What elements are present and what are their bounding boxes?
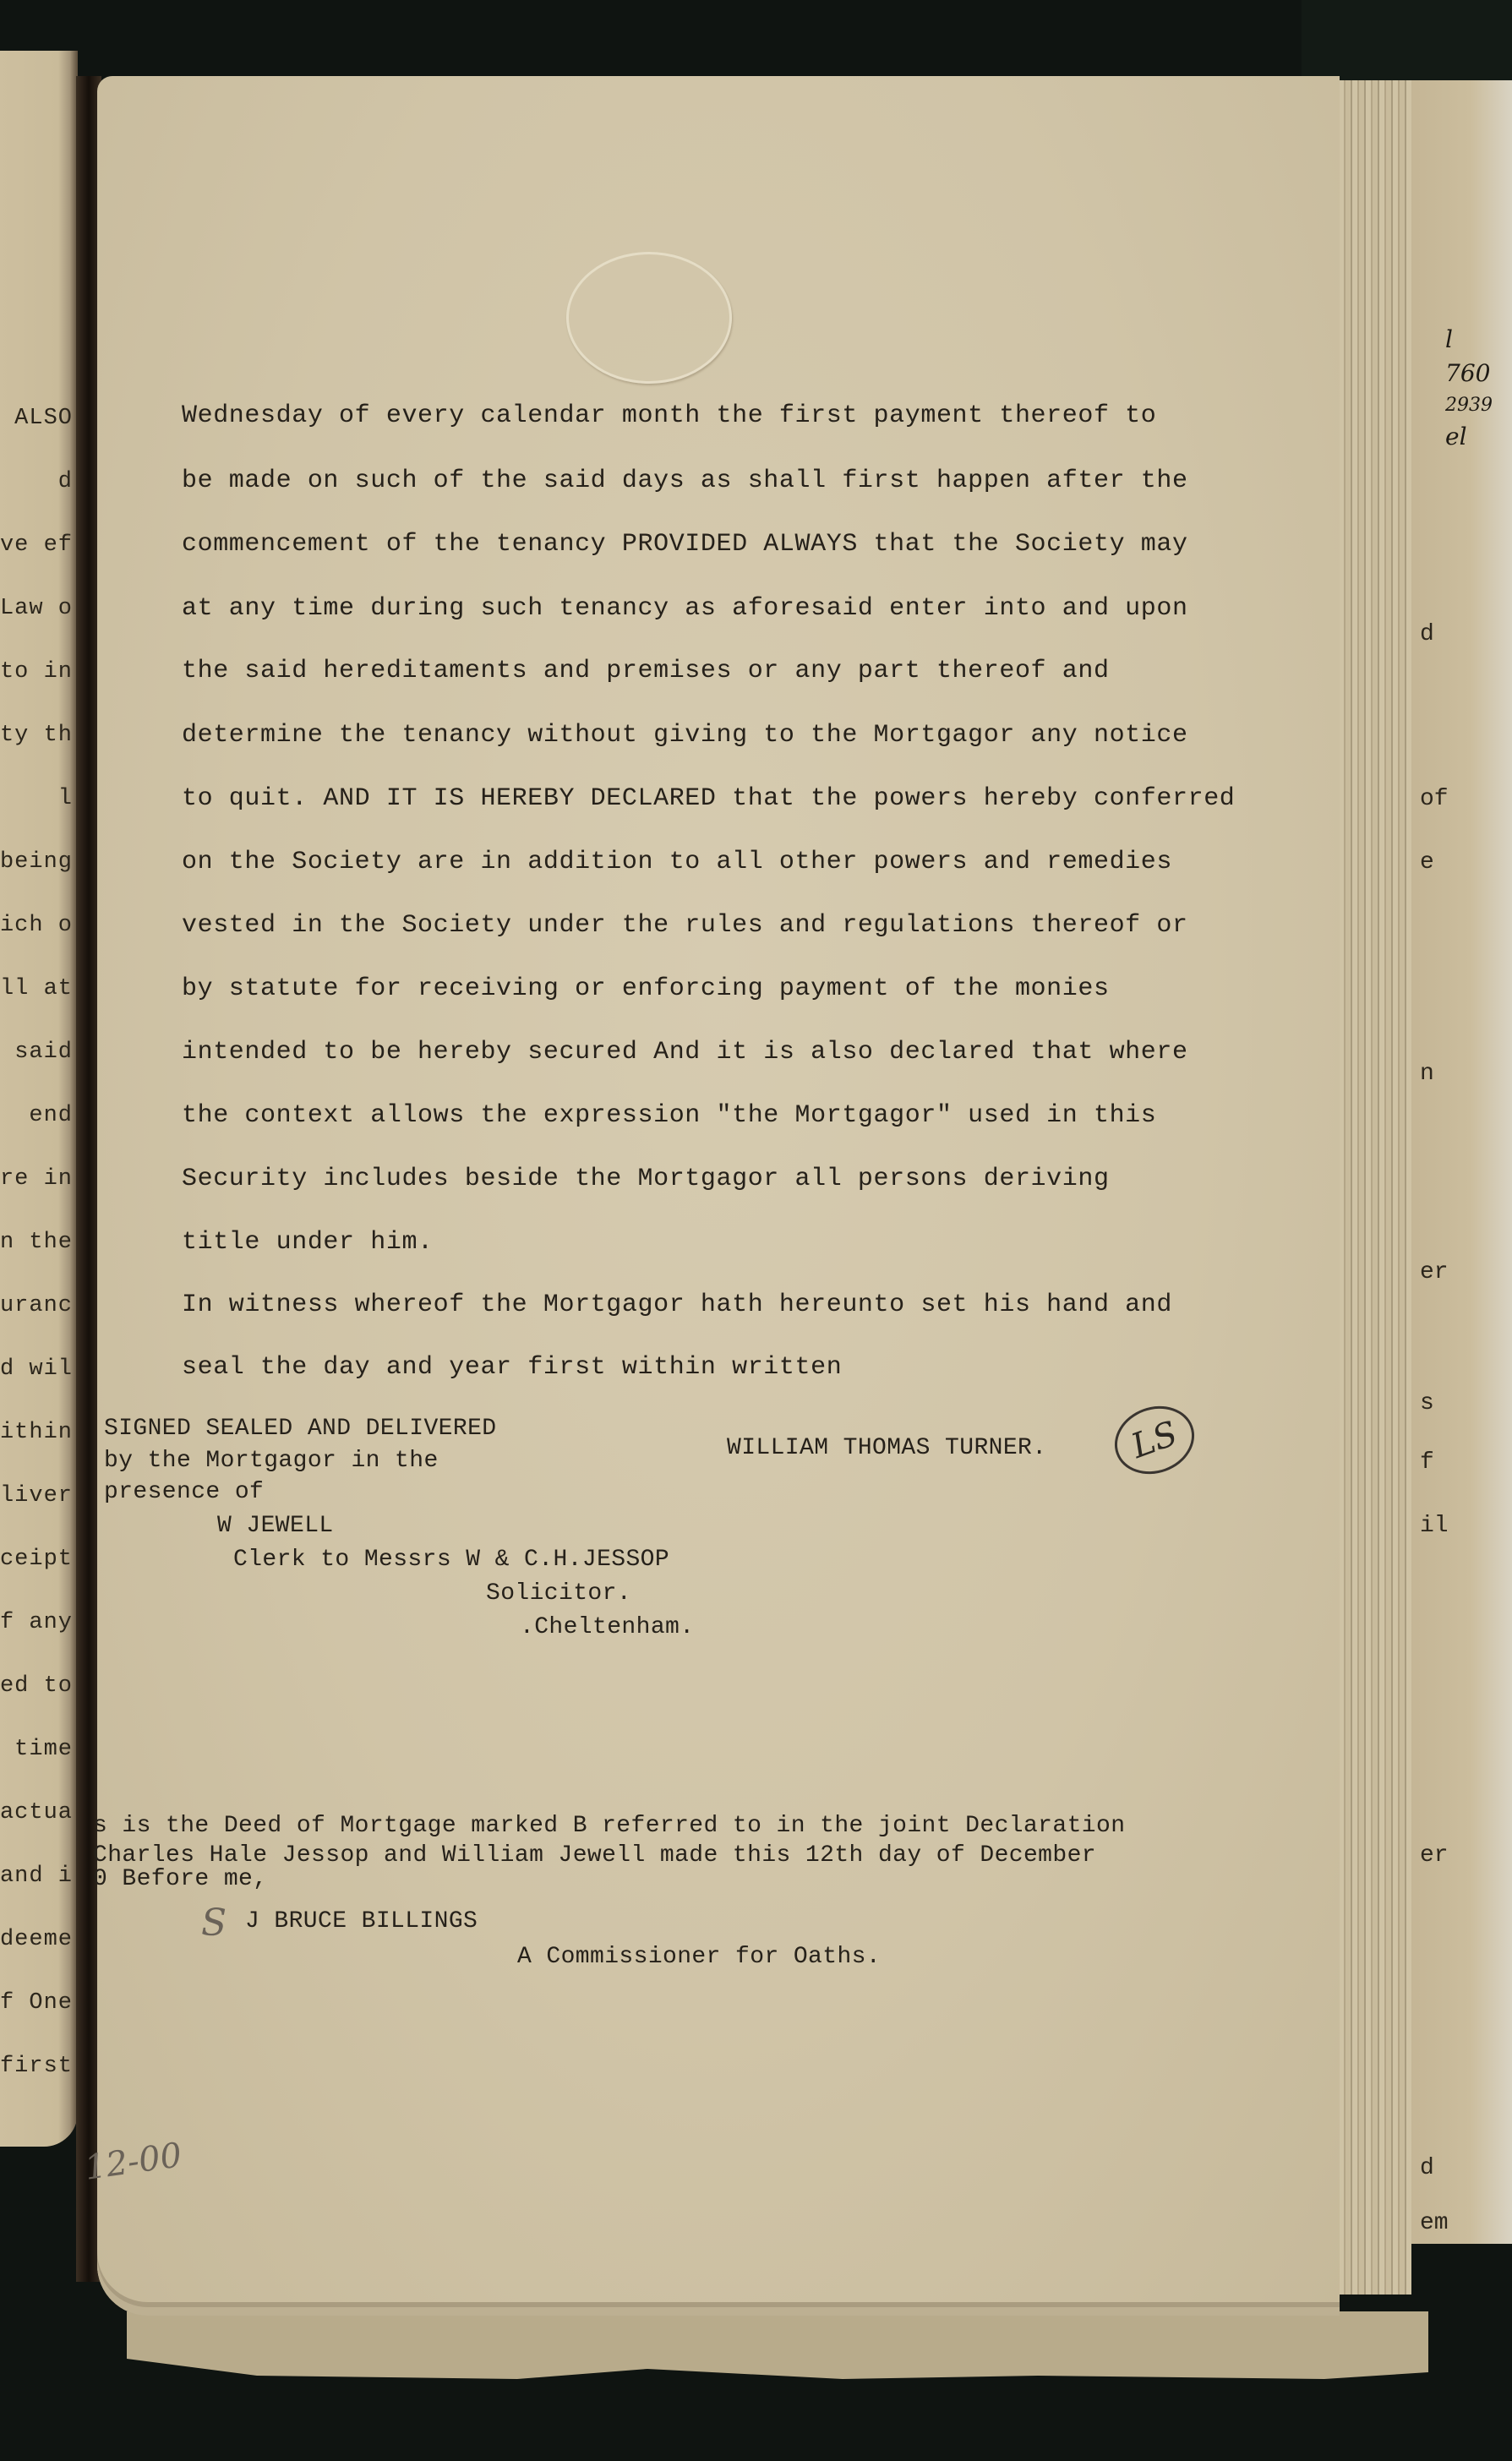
commissioner-name: J BRUCE BILLINGS <box>245 1908 478 1934</box>
body-line: the said hereditaments and premises or a… <box>182 657 1110 685</box>
left-fragment: e first <box>0 2054 73 2079</box>
margin-handwriting: el <box>1445 423 1467 450</box>
body-line: intended to be hereby secured And it is … <box>182 1038 1188 1067</box>
left-fragment: in the <box>0 1230 73 1255</box>
margin-handwriting: 2939 <box>1445 395 1493 416</box>
attestation-line: presence of <box>104 1479 264 1505</box>
book-cover-cloth <box>1302 0 1512 80</box>
body-line: on the Society are in addition to all ot… <box>182 848 1172 876</box>
witness-name: W JEWELL <box>217 1513 334 1539</box>
body-line: commencement of the tenancy PROVIDED ALW… <box>182 530 1188 559</box>
body-line: at any time during such tenancy as afore… <box>182 594 1188 623</box>
left-fragment: l <box>58 786 73 811</box>
left-fragment: and wil <box>0 1356 73 1382</box>
left-fragment: liver <box>0 1483 73 1509</box>
left-fragment: oe deeme <box>0 1927 73 1952</box>
attestation-line: by the Mortgagor in the <box>104 1448 439 1474</box>
witness-role: Clerk to Messrs W & C.H.JESSOP <box>233 1547 669 1573</box>
body-line: Security includes beside the Mortgagor a… <box>182 1165 1110 1193</box>
right-fragment: e <box>1420 849 1434 876</box>
body-line: the context allows the expression "the M… <box>182 1101 1156 1130</box>
left-fragment: at time <box>0 1737 73 1762</box>
declaration-line: s is the Deed of Mortgage marked B refer… <box>93 1813 1125 1839</box>
left-page-edge: Y ALSO d have ef d Law o eto in iety th … <box>0 51 78 2147</box>
left-fragment: nsuranc <box>0 1293 73 1318</box>
left-fragment: e actua <box>0 1800 73 1825</box>
left-fragment: if any <box>0 1610 73 1635</box>
seal-initials-text: LS <box>1127 1414 1182 1466</box>
right-fragment: er <box>1420 1259 1449 1285</box>
left-fragment: ceipt <box>0 1547 73 1572</box>
commissioner-title: A Commissioner for Oaths. <box>517 1944 881 1970</box>
left-fragment: within <box>0 1420 73 1445</box>
right-fragment: d <box>1420 2155 1434 2181</box>
body-line: title under him. <box>182 1228 434 1257</box>
left-fragment: en and i <box>0 1863 73 1889</box>
left-fragment: end <box>29 1103 73 1128</box>
declaration-line: Charles Hale Jessop and William Jewell m… <box>93 1842 1096 1869</box>
left-fragment: ll at <box>0 976 73 1001</box>
right-fragment: er <box>1420 1842 1449 1869</box>
body-line: seal the day and year first within writt… <box>182 1353 842 1382</box>
left-fragment: Y ALSO <box>0 406 73 431</box>
left-fragment: have ef <box>0 532 73 558</box>
witness-title: Solicitor. <box>486 1580 631 1607</box>
pencil-initial: S <box>201 1902 227 1945</box>
right-fragment: il <box>1420 1513 1449 1539</box>
left-fragment: which o <box>0 913 73 938</box>
left-fragment: d Law o <box>0 596 73 621</box>
margin-handwriting: l <box>1445 325 1453 353</box>
attestation-line: SIGNED SEALED AND DELIVERED <box>104 1416 496 1442</box>
right-fragment: f <box>1420 1449 1434 1476</box>
left-fragment: f One <box>0 1990 73 2016</box>
right-fragment: em <box>1420 2210 1449 2236</box>
mortgagor-signature: WILLIAM THOMAS TURNER. <box>727 1435 1046 1461</box>
body-line: be made on such of the said days as shal… <box>182 467 1188 495</box>
body-line: In witness whereof the Mortgagor hath he… <box>182 1291 1172 1319</box>
right-page-edge: l 760 2939 el d of e n er s f il er d em <box>1407 80 1512 2244</box>
torn-page-bottom <box>127 2311 1428 2379</box>
right-fragment: s <box>1420 1390 1434 1416</box>
body-line: determine the tenancy without giving to … <box>182 721 1188 750</box>
left-fragment: e being <box>0 849 73 875</box>
right-fragment: n <box>1420 1061 1434 1087</box>
left-fragment: d <box>58 469 73 494</box>
left-fragment: ire in <box>0 1166 73 1192</box>
body-line: vested in the Society under the rules an… <box>182 911 1188 940</box>
body-line: to quit. AND IT IS HEREBY DECLARED that … <box>182 784 1235 813</box>
declaration-line: 0 Before me, <box>93 1866 267 1892</box>
right-fragment: of <box>1420 786 1449 812</box>
margin-handwriting: 760 <box>1445 359 1490 387</box>
right-fragment: d <box>1420 621 1434 647</box>
embossed-seal-icon <box>566 252 732 384</box>
left-fragment: ed to <box>0 1673 73 1699</box>
left-fragment: eto in <box>0 659 73 685</box>
body-line: Wednesday of every calendar month the fi… <box>182 401 1156 430</box>
witness-place: .Cheltenham. <box>520 1614 694 1640</box>
body-line: by statute for receiving or enforcing pa… <box>182 974 1110 1003</box>
left-fragment: iety th <box>0 723 73 748</box>
left-fragment: said <box>14 1040 73 1065</box>
